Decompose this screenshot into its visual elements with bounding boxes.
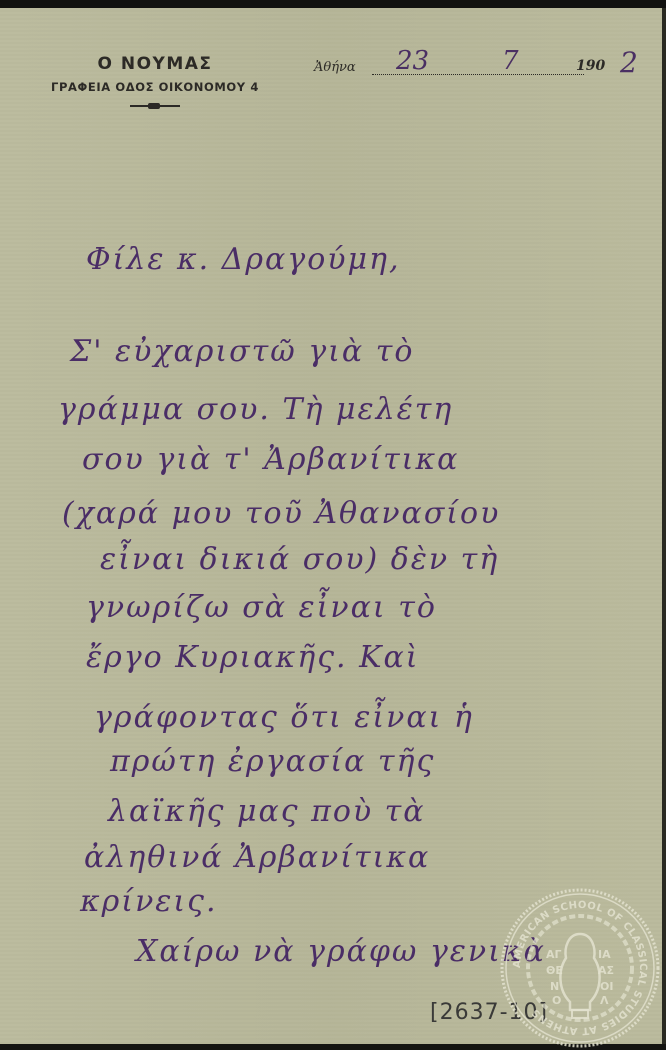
letterhead-address: ΓΡΑΦΕΙΑ ΟΔΟΣ ΟΙΚΟΝΟΜΟΥ 4	[30, 80, 280, 94]
date-year-prefix: 190	[576, 58, 605, 74]
letter-line: (χαρά μου τοῦ Ἀθανασίου	[62, 496, 500, 531]
letter-line: ἀληθινά Ἀρβανίτικα	[84, 840, 430, 875]
date-month: 7	[502, 46, 519, 76]
date-year-suffix: 2	[620, 46, 638, 79]
salutation-line: Φίλε κ. Δραγούμη,	[86, 242, 401, 277]
svg-text:ΘΕ: ΘΕ	[546, 964, 563, 977]
svg-text:Λ: Λ	[600, 994, 609, 1007]
svg-text:Ο: Ο	[552, 994, 561, 1007]
scan-top-border	[0, 0, 666, 8]
letterhead-title: Ο ΝΟΥΜΑΣ	[30, 54, 280, 74]
svg-text:ΟΙ: ΟΙ	[600, 980, 613, 993]
letter-line: γράμμα σου. Τὴ μελέτη	[58, 392, 453, 427]
letter-line: εἶναι δικιά σου) δὲν τὴ	[100, 542, 499, 577]
letter-line: γράφοντας ὅτι εἶναι ἡ	[94, 700, 474, 735]
letter-line: κρίνεις.	[80, 884, 218, 919]
scan-right-border	[662, 8, 666, 1044]
date-place: Ἀθήνα	[314, 60, 356, 75]
dateline: Ἀθήνα 23 7 190 2	[314, 54, 654, 84]
svg-text:ΑΓ: ΑΓ	[546, 948, 562, 961]
closing-line: Χαίρω νὰ γράφω γενικὰ	[136, 934, 546, 969]
letterhead: Ο ΝΟΥΜΑΣ ΓΡΑΦΕΙΑ ΟΔΟΣ ΟΙΚΟΝΟΜΟΥ 4	[30, 54, 280, 107]
letter-line: ἔργο Κυριακῆς. Καὶ	[86, 640, 420, 675]
ornament-rule-icon	[130, 105, 180, 107]
letter-line: γνωρίζω σὰ εἶναι τὸ	[86, 590, 437, 625]
svg-text:Ν: Ν	[550, 980, 559, 993]
letter-line: λαϊκῆς μας ποὺ τὰ	[108, 794, 426, 829]
letter-line: πρώτη ἐργασία τῆς	[110, 744, 435, 779]
letter-line: Σ' εὐχαριστῶ γιὰ τὸ	[70, 334, 414, 369]
archive-seal-icon: AMERICAN SCHOOL OF CLASSICAL STUDIES AT …	[498, 886, 662, 1050]
letter-line: σου γιὰ τ' Ἀρβανίτικα	[82, 442, 459, 477]
svg-text:AMERICAN SCHOOL OF CLASSICAL S: AMERICAN SCHOOL OF CLASSICAL STUDIES AT …	[512, 900, 648, 1036]
svg-text:ΙΑ: ΙΑ	[598, 948, 611, 961]
date-day: 23	[396, 46, 429, 76]
svg-text:ΑΣ: ΑΣ	[598, 964, 614, 977]
